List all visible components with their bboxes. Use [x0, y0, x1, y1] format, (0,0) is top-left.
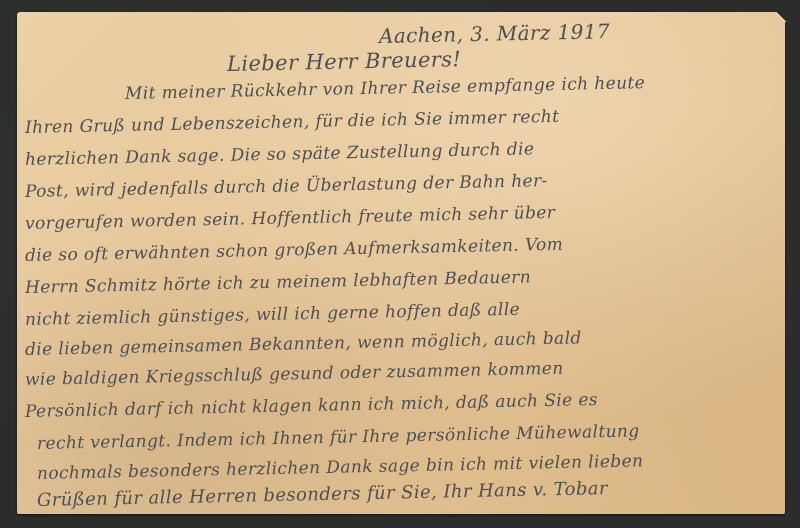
salutation: Lieber Herr Breuers! — [227, 47, 462, 76]
dateline: Aachen, 3. März 1917 — [379, 19, 611, 48]
body-line-4: Post, wird jedenfalls durch die Überlast… — [25, 171, 548, 202]
body-line-12: recht verlangt. Indem ich Ihnen für Ihre… — [37, 421, 640, 454]
body-line-1: Mit meiner Rückkehr von Ihrer Reise empf… — [125, 73, 646, 104]
body-line-2: Ihren Gruß und Lebenszeichen, für die ic… — [25, 107, 560, 138]
body-line-9: die lieben gemeinsamen Bekannten, wenn m… — [25, 328, 582, 360]
body-line-7: Herrn Schmitz hörte ich zu meinem lebhaf… — [25, 267, 532, 298]
body-line-3: herzlichen Dank sage. Die so späte Zuste… — [25, 139, 535, 170]
body-line-6: die so oft erwähnten schon großen Aufmer… — [25, 235, 564, 266]
body-line-10: wie baldigen Kriegsschluß gesund oder zu… — [25, 359, 564, 390]
body-line-11: Persönlich darf ich nicht klagen kann ic… — [25, 390, 598, 422]
postcard: Aachen, 3. März 1917 Lieber Herr Breuers… — [17, 12, 785, 514]
body-line-8: nicht ziemlich günstiges, will ich gerne… — [25, 300, 520, 330]
body-line-5: vorgerufen worden sein. Hoffentlich freu… — [25, 203, 556, 234]
closing-and-signature: Grüßen für alle Herren besonders für Sie… — [37, 478, 608, 511]
